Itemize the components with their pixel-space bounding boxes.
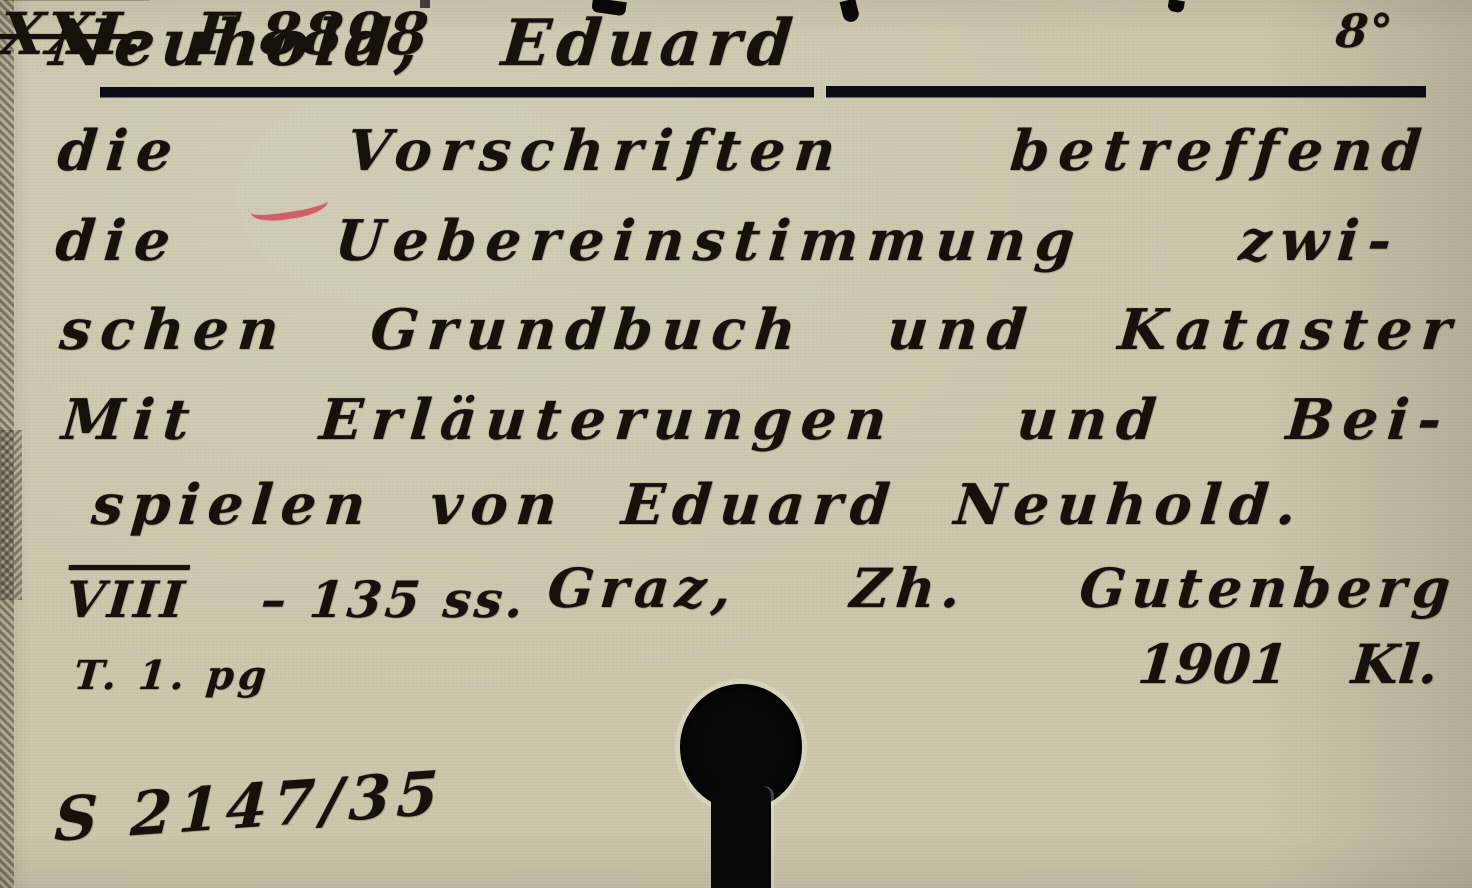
- title-line: die Uebereinstimmung zwi-: [53, 208, 1403, 274]
- header-rule: [100, 87, 814, 97]
- title-line: Mit Erläuterungen und Bei-: [59, 387, 1453, 453]
- title-line: schen Grundbuch und Kataster: [57, 297, 1463, 363]
- collation-pages: VIII – 135 ss.: [63, 570, 528, 629]
- title-line: die Vorschriften betreffend: [55, 118, 1433, 184]
- punch-hole-slot: [711, 786, 771, 888]
- call-number: F 8898: [192, 0, 433, 68]
- shelfmark: XXI. F 8898: [0, 0, 433, 68]
- imprint-year-line: 1901 Kl.: [1135, 632, 1441, 696]
- scan-edge-artifact: [0, 430, 22, 600]
- header-rule: [826, 86, 1426, 97]
- top-edge-ink-artifact: [840, 0, 861, 24]
- title-line: spielen von Eduard Neuhold.: [89, 472, 1307, 538]
- plate-note: T. 1. pg: [72, 652, 272, 699]
- collation-roman-numeral: VIII: [63, 570, 189, 629]
- cataloger-initials: Kl.: [1349, 632, 1441, 696]
- accession-number: S 2147/35: [53, 758, 445, 856]
- collation-page-count: – 135 ss.: [259, 570, 529, 629]
- class-mark: XXI.: [0, 0, 148, 68]
- imprint-place-publisher: Graz, Zh. Gutenberg: [545, 556, 1459, 620]
- top-edge-ink-artifact: [1167, 0, 1185, 13]
- imprint-year: 1901: [1135, 632, 1291, 696]
- catalog-card: Neuhold, Eduard XXI. F 8898 8° die Vorsc…: [0, 0, 1472, 888]
- format-mark: 8°: [1334, 4, 1396, 58]
